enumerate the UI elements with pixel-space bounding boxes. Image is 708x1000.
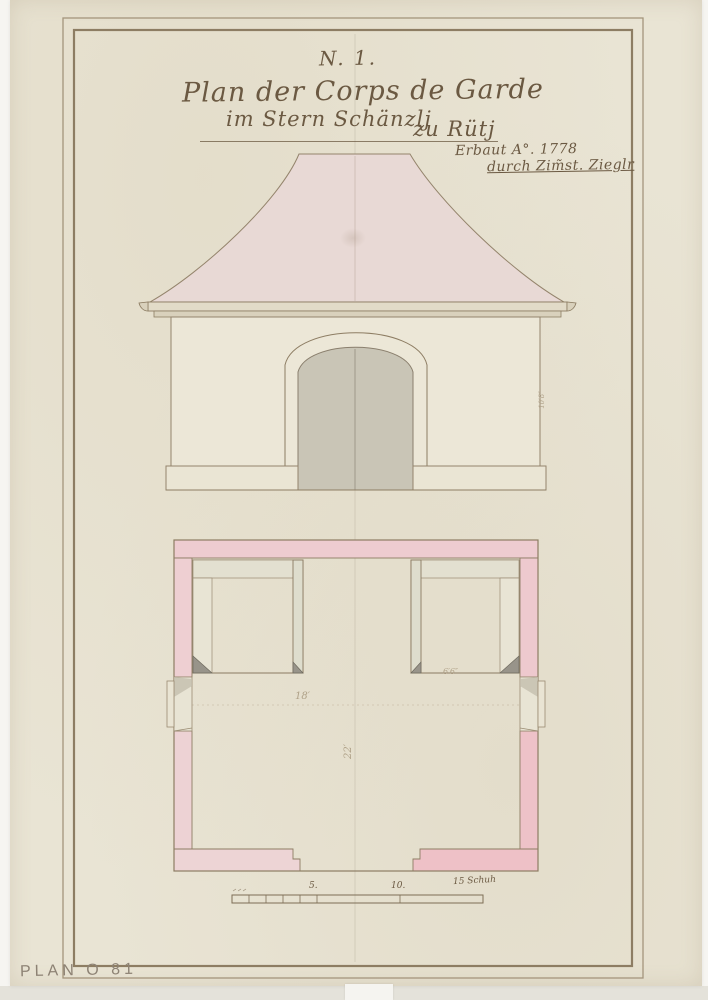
- plan-outer-outline: [174, 540, 538, 871]
- title-line-1: Plan der Corps de Garde: [182, 74, 498, 108]
- plan-side-opening-right: [520, 677, 545, 731]
- elevation-cornice: [139, 302, 576, 317]
- built-note-line-1: Erbaut A°. 1778: [455, 141, 578, 159]
- archive-code: PLAN O 81: [20, 961, 137, 981]
- paper-tab: [345, 984, 393, 1000]
- elevation-plinth-right: [413, 466, 546, 490]
- scale-label-10: 10.: [391, 881, 405, 891]
- elevation-plinth-left: [166, 466, 298, 490]
- dimension-wall-height: 10′8″: [538, 391, 546, 409]
- title-underline: [200, 141, 498, 142]
- title-line-2: im Stern Schänzlj: [226, 107, 432, 131]
- drawing-linework: [0, 0, 708, 1000]
- dimension-room-opening: 6′6″: [443, 667, 458, 676]
- scale-bar: [232, 889, 483, 903]
- plan-room-left: [193, 560, 303, 673]
- floor-plan: [167, 540, 545, 871]
- plan-side-opening-left: [167, 677, 192, 731]
- pencil-smudge: [340, 228, 366, 248]
- built-note-line-2: durch Zim̃st. Zieglr: [487, 157, 635, 176]
- title-line-3: zu Rütj: [413, 117, 496, 141]
- plan-masonry-walls: [174, 540, 538, 871]
- plan-room-right: [411, 560, 519, 673]
- scale-label-5: 5.: [309, 881, 318, 891]
- plan-number: N. 1.: [300, 45, 396, 71]
- front-elevation: [139, 154, 576, 490]
- scanned-plan-sheet: N. 1. Plan der Corps de Garde im Stern S…: [0, 0, 708, 1000]
- dimension-hall-width: 18′: [295, 691, 310, 702]
- dimension-hall-depth: 22′: [343, 744, 354, 759]
